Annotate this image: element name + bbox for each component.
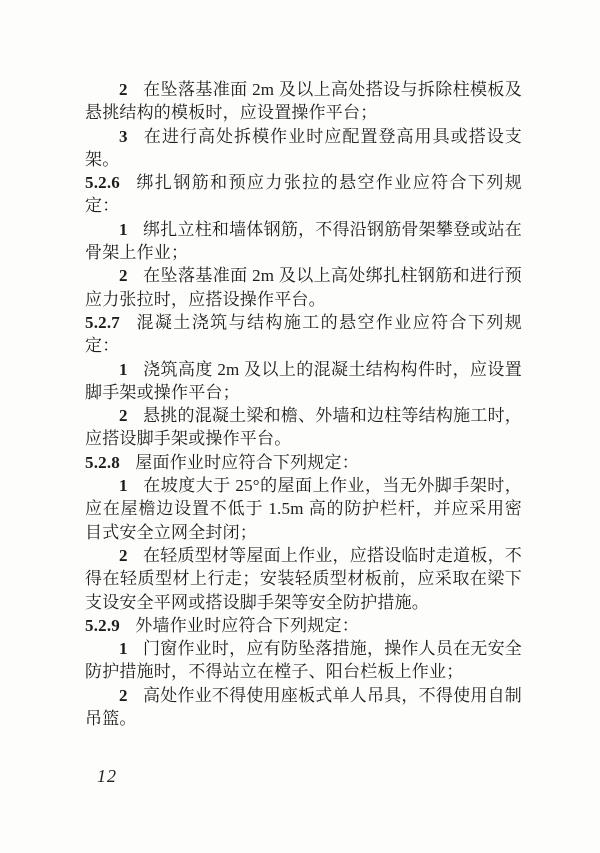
clause-heading: 5.2.7混凝土浇筑与结构施工的悬空作业应符合下列规定： (85, 311, 522, 358)
list-item: 2悬挑的混凝土梁和檐、外墙和边柱等结构施工时，应搭设脚手架或操作平台。 (85, 404, 522, 451)
clause-number: 5.2.9 (85, 616, 120, 635)
item-number: 3 (119, 127, 128, 146)
list-item: 2在坠落基准面 2m 及以上高处搭设与拆除柱模板及悬挑结构的模板时，应设置操作平… (85, 78, 522, 125)
clause-text: 外墙作业时应符合下列规定： (135, 616, 359, 635)
item-number: 1 (119, 639, 128, 658)
item-text: 在坠落基准面 2m 及以上高处搭设与拆除柱模板及悬挑结构的模板时，应设置操作平台… (85, 80, 522, 122)
item-text: 悬挑的混凝土梁和檐、外墙和边柱等结构施工时，应搭设脚手架或操作平台。 (85, 406, 522, 448)
item-number: 1 (119, 476, 128, 495)
document-page: 2在坠落基准面 2m 及以上高处搭设与拆除柱模板及悬挑结构的模板时，应设置操作平… (0, 0, 600, 853)
clause-number: 5.2.7 (85, 313, 120, 332)
clause-number: 5.2.8 (85, 453, 120, 472)
list-item: 2高处作业不得使用座板式单人吊具，不得使用自制吊篮。 (85, 684, 522, 731)
page-number: 12 (97, 766, 117, 787)
item-text: 门窗作业时，应有防坠落措施，操作人员在无安全防护措施时，不得站立在樘子、阳台栏板… (85, 639, 522, 681)
clause-text: 屋面作业时应符合下列规定： (135, 453, 359, 472)
list-item: 1绑扎立柱和墙体钢筋，不得沿钢筋骨架攀登或站在骨架上作业； (85, 218, 522, 265)
item-number: 2 (119, 266, 128, 285)
clause-heading: 5.2.6绑扎钢筋和预应力张拉的悬空作业应符合下列规定： (85, 171, 522, 218)
item-text: 在进行高处拆模作业时应配置登高用具或搭设支架。 (85, 127, 522, 169)
clause-number: 5.2.6 (85, 173, 120, 192)
list-item: 1浇筑高度 2m 及以上的混凝土结构构件时，应设置脚手架或操作平台； (85, 358, 522, 405)
list-item: 2在轻质型材等屋面上作业，应搭设临时走道板，不得在轻质型材上行走；安装轻质型材板… (85, 544, 522, 614)
item-text: 浇筑高度 2m 及以上的混凝土结构构件时，应设置脚手架或操作平台； (85, 360, 522, 402)
list-item: 1在坡度大于 25°的屋面上作业，当无外脚手架时，应在屋檐边设置不低于 1.5m… (85, 474, 522, 544)
clause-heading: 5.2.9外墙作业时应符合下列规定： (85, 614, 522, 637)
item-text: 在轻质型材等屋面上作业，应搭设临时走道板，不得在轻质型材上行走；安装轻质型材板前… (85, 546, 522, 612)
clause-text: 混凝土浇筑与结构施工的悬空作业应符合下列规定： (85, 313, 522, 355)
item-number: 1 (119, 220, 128, 239)
document-body-text: 2在坠落基准面 2m 及以上高处搭设与拆除柱模板及悬挑结构的模板时，应设置操作平… (85, 78, 522, 730)
list-item: 3在进行高处拆模作业时应配置登高用具或搭设支架。 (85, 125, 522, 172)
item-number: 2 (119, 406, 128, 425)
clause-text: 绑扎钢筋和预应力张拉的悬空作业应符合下列规定： (85, 173, 522, 215)
item-text: 在坠落基准面 2m 及以上高处绑扎柱钢筋和进行预应力张拉时，应搭设操作平台。 (85, 266, 522, 308)
clause-heading: 5.2.8屋面作业时应符合下列规定： (85, 451, 522, 474)
item-text: 在坡度大于 25°的屋面上作业，当无外脚手架时，应在屋檐边设置不低于 1.5m … (85, 476, 522, 542)
item-number: 1 (119, 360, 128, 379)
item-number: 2 (119, 686, 128, 705)
item-number: 2 (119, 546, 128, 565)
item-text: 绑扎立柱和墙体钢筋，不得沿钢筋骨架攀登或站在骨架上作业； (85, 220, 522, 262)
item-number: 2 (119, 80, 128, 99)
list-item: 2在坠落基准面 2m 及以上高处绑扎柱钢筋和进行预应力张拉时，应搭设操作平台。 (85, 264, 522, 311)
item-text: 高处作业不得使用座板式单人吊具，不得使用自制吊篮。 (85, 686, 522, 728)
list-item: 1门窗作业时，应有防坠落措施，操作人员在无安全防护措施时，不得站立在樘子、阳台栏… (85, 637, 522, 684)
